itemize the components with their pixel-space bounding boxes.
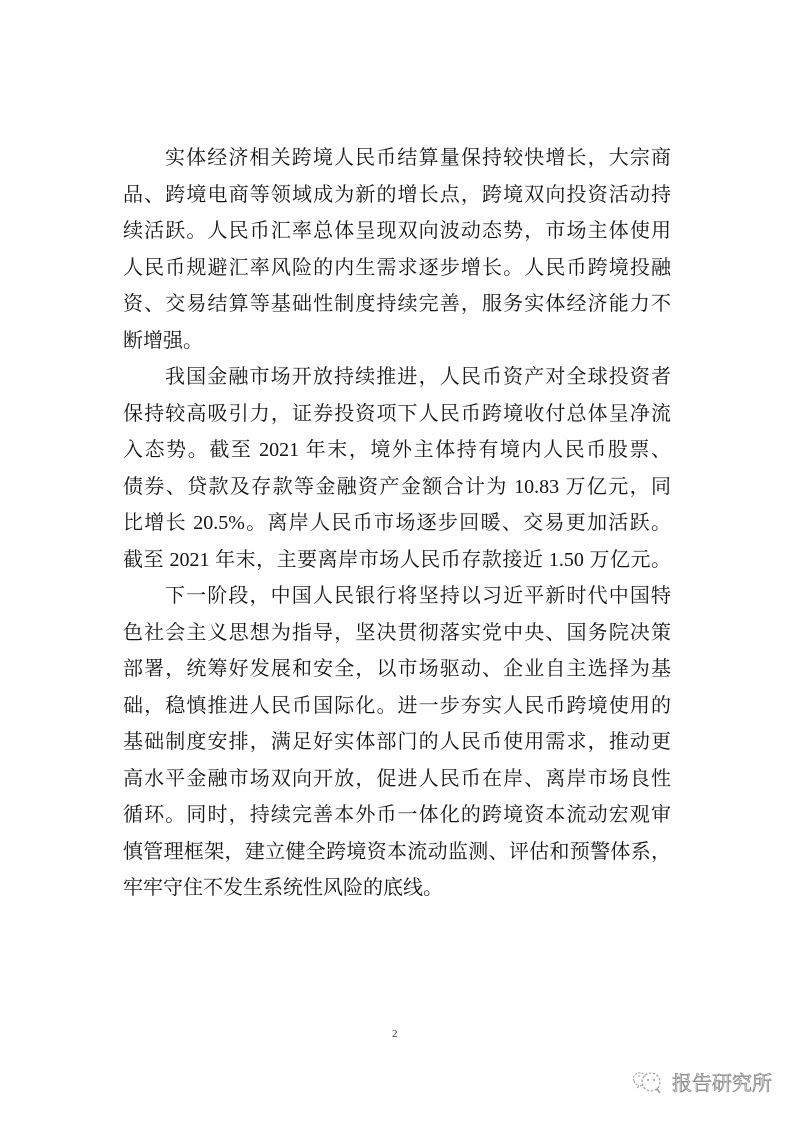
paragraph-next-stage: 下一阶段，中国人民银行将坚持以习近平新时代中国特 色社会主义思想为指导，坚决贯彻… [123, 578, 671, 907]
text-line: 人民币规避汇率风险的内生需求逐步增长。人民币跨境投融 [123, 250, 671, 287]
text-line: 部署，统筹好发展和安全，以市场驱动、企业自主选择为基 [123, 651, 671, 688]
paragraph-cross-border-settlement: 实体经济相关跨境人民币结算量保持较快增长，大宗商 品、跨境电商等领域成为新的增长… [123, 140, 671, 359]
text-line: 我国金融市场开放持续推进，人民币资产对全球投资者 [123, 359, 671, 396]
text-line: 础，稳慎推进人民币国际化。进一步夯实人民币跨境使用的 [123, 688, 671, 725]
watermark: 报告研究所 [630, 1066, 772, 1096]
text-line: 截至 2021 年末，主要离岸市场人民币存款接近 1.50 万亿元。 [123, 542, 671, 579]
paragraph-financial-market-opening: 我国金融市场开放持续推进，人民币资产对全球投资者 保持较高吸引力，证券投资项下人… [123, 359, 671, 578]
text-line: 保持较高吸引力，证券投资项下人民币跨境收付总体呈净流 [123, 396, 671, 433]
text-line: 断增强。 [123, 323, 671, 360]
text-line: 下一阶段，中国人民银行将坚持以习近平新时代中国特 [123, 578, 671, 615]
text-line: 基础制度安排，满足好实体部门的人民币使用需求，推动更 [123, 724, 671, 761]
watermark-text: 报告研究所 [672, 1067, 772, 1096]
text-line: 品、跨境电商等领域成为新的增长点，跨境双向投资活动持 [123, 177, 671, 214]
text-line: 色社会主义思想为指导，坚决贯彻落实党中央、国务院决策 [123, 615, 671, 652]
page-number: 2 [392, 1028, 398, 1040]
text-line: 入态势。截至 2021 年末，境外主体持有境内人民币股票、 [123, 432, 671, 469]
wechat-bubble-icon [630, 1067, 666, 1095]
text-line: 慎管理框架，建立健全跨境资本流动监测、评估和预警体系， [123, 834, 671, 871]
text-line: 实体经济相关跨境人民币结算量保持较快增长，大宗商 [123, 140, 671, 177]
document-page: 实体经济相关跨境人民币结算量保持较快增长，大宗商 品、跨境电商等领域成为新的增长… [0, 0, 793, 1122]
text-line: 循环。同时，持续完善本外币一体化的跨境资本流动宏观审 [123, 797, 671, 834]
text-line: 高水平金融市场双向开放，促进人民币在岸、离岸市场良性 [123, 761, 671, 798]
body-text: 实体经济相关跨境人民币结算量保持较快增长，大宗商 品、跨境电商等领域成为新的增长… [123, 140, 671, 907]
text-line: 债券、贷款及存款等金融资产金额合计为 10.83 万亿元，同 [123, 469, 671, 506]
text-line: 牢牢守住不发生系统性风险的底线。 [123, 870, 671, 907]
text-line: 比增长 20.5%。离岸人民币市场逐步回暖、交易更加活跃。 [123, 505, 671, 542]
text-line: 资、交易结算等基础性制度持续完善，服务实体经济能力不 [123, 286, 671, 323]
text-line: 续活跃。人民币汇率总体呈现双向波动态势，市场主体使用 [123, 213, 671, 250]
